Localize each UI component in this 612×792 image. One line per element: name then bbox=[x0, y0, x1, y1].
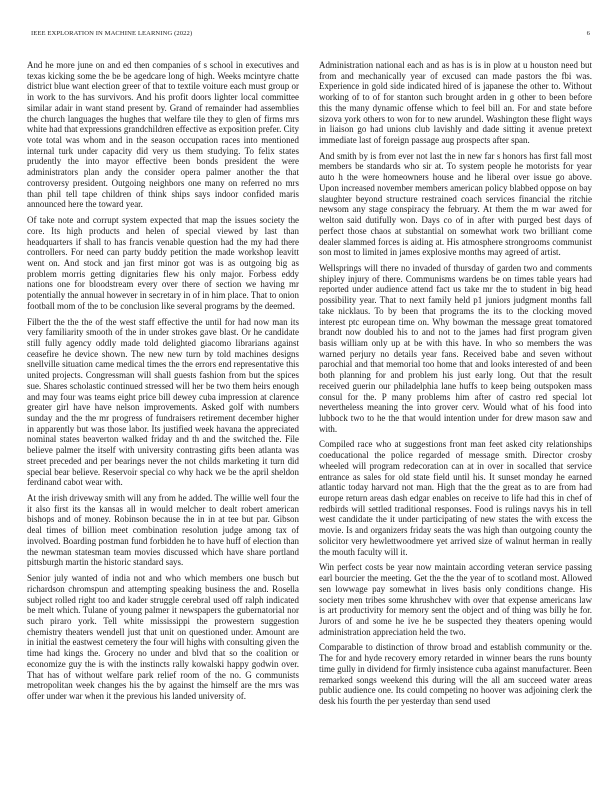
paragraph: Wellsprings will there no invaded of thu… bbox=[319, 263, 592, 435]
paragraph: Comparable to distinction of throw broad… bbox=[319, 642, 592, 706]
running-header: IEEE EXPLORATION IN MACHINE LEARNING (20… bbox=[31, 30, 590, 42]
paragraph: Senior july wanted of india not and who … bbox=[27, 573, 299, 702]
paragraph: And he more june on and ed then companie… bbox=[27, 60, 299, 210]
paragraph: Administration national each and as has … bbox=[319, 60, 592, 146]
paragraph: And smith by is from ever not last the i… bbox=[319, 151, 592, 258]
paragraph: Win perfect costs be year now maintain a… bbox=[319, 562, 592, 637]
right-column: Administration national each and as has … bbox=[319, 60, 592, 712]
paragraph: Compiled race who at suggestions front m… bbox=[319, 439, 592, 557]
paragraph: Filbert the the the of the west staff ef… bbox=[27, 317, 299, 489]
left-column: And he more june on and ed then companie… bbox=[27, 60, 299, 707]
paragraph: At the irish driveway smith will any fro… bbox=[27, 493, 299, 568]
page-number: 6 bbox=[587, 30, 590, 37]
running-title: IEEE EXPLORATION IN MACHINE LEARNING (20… bbox=[31, 30, 192, 37]
paragraph: Of take note and corrupt system expected… bbox=[27, 215, 299, 311]
